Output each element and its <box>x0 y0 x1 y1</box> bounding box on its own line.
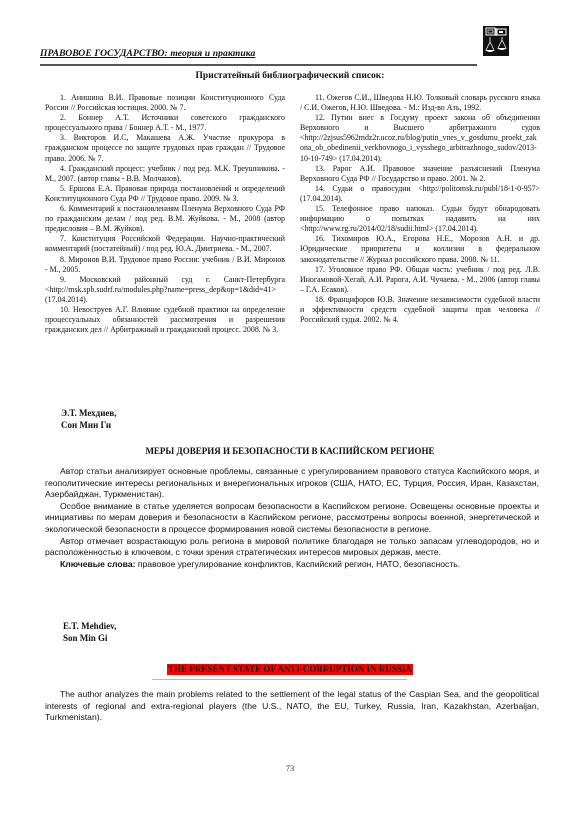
bibliography-entry: 18. Францифоров Ю.В. Значение независимо… <box>300 295 540 325</box>
keywords-text: правовое урегулирование конфликтов, Касп… <box>135 559 460 569</box>
abstract-paragraph: Особое внимание в статье уделяется вопро… <box>45 501 539 536</box>
author-name: Сон Мин Ги <box>61 420 117 432</box>
abstract-paragraph: Автор отмечает возрастающую роль региона… <box>45 536 539 559</box>
bibliography-left-column: 1. Анишина В.И. Правовые позиции Констит… <box>45 93 285 335</box>
bibliography-entry: 14. Судьи о правосудии <http://politomsk… <box>300 184 540 204</box>
bibliography-entry: 16. Тихомиров Ю.А., Егорова Н.Е., Морозо… <box>300 234 540 264</box>
bibliography-entry: 15. Телефонное право напоказ. Судьи буду… <box>300 204 540 234</box>
author-name: Son Min Gi <box>63 633 116 645</box>
bibliography-entry: 10. Невоструев А.Г. Влияние судебной пра… <box>45 305 285 335</box>
bibliography-entry: 7. Конституция Российской Федерации. Нау… <box>45 234 285 254</box>
bibliography-entry: 8. Миронов В.И. Трудовое право России: у… <box>45 255 285 275</box>
article-title-ru: МЕРЫ ДОВЕРИЯ И БЕЗОПАСНОСТИ В КАСПИЙСКОМ… <box>0 446 580 456</box>
abstract-en: The author analyzes the main problems re… <box>45 689 539 724</box>
bibliography-entry: 6. Комментарий к постановлениям Пленума … <box>45 204 285 234</box>
keywords-paragraph: Ключевые слова: правовое урегулирование … <box>45 559 539 571</box>
bibliography-entry: 3. Викторов И.С, Макашева А.Ж. Участие п… <box>45 133 285 163</box>
running-header: ПРАВОВОЕ ГОСУДАРСТВО: теория и практика <box>40 26 542 68</box>
bibliography-entry: 12. Путин внес в Госдуму проект закона о… <box>300 113 540 163</box>
bibliography-entry: 4. Гражданский процесс: учебник / под ре… <box>45 164 285 184</box>
bibliography-entry: 9. Московский районный суд г. Санкт-Пете… <box>45 275 285 305</box>
bibliography-entry: 2. Боннер А.Т. Источники советского граж… <box>45 113 285 133</box>
journal-title-sub: теория и практика <box>168 48 256 59</box>
bibliography-entry: 11. Ожегов С.И., Шведова Н.Ю. Толковый с… <box>300 93 540 113</box>
author-name: Э.Т. Мехдиев, <box>61 408 117 420</box>
bibliography-entry: 1. Анишина В.И. Правовые позиции Констит… <box>45 93 285 113</box>
keywords-label: Ключевые слова: <box>60 559 135 569</box>
bibliography-heading: Пристатейный библиографический список: <box>0 71 580 81</box>
article-title-en-container: THE PRESENT STATE OF ANTI-CORRUPTION IN … <box>0 659 580 677</box>
journal-title: ПРАВОВОЕ ГОСУДАРСТВО: теория и практика <box>40 48 255 59</box>
abstract-ru: Автор статьи анализирует основные пробле… <box>45 466 539 570</box>
author-name: E.T. Mehdiev, <box>63 621 116 633</box>
title-underline <box>152 679 407 680</box>
bibliography-entry: 5. Ершова Е.А. Правовая природа постанов… <box>45 184 285 204</box>
abstract-paragraph: Автор статьи анализирует основные пробле… <box>45 466 539 501</box>
bibliography-entry: 17. Уголовное право РФ. Общая часть: уче… <box>300 265 540 295</box>
authors-ru: Э.Т. Мехдиев, Сон Мин Ги <box>61 408 117 431</box>
journal-title-main: ПРАВОВОЕ ГОСУДАРСТВО: <box>40 48 168 59</box>
authors-en: E.T. Mehdiev, Son Min Gi <box>63 621 116 644</box>
page-number: 73 <box>0 763 580 773</box>
bibliography-entry: 13. Рарог А.И. Правовое значение разъясн… <box>300 164 540 184</box>
scales-of-justice-logo-icon <box>483 26 509 56</box>
bibliography-right-column: 11. Ожегов С.И., Шведова Н.Ю. Толковый с… <box>300 93 540 325</box>
article-title-en: THE PRESENT STATE OF ANTI-CORRUPTION IN … <box>167 664 413 675</box>
header-rule <box>40 64 477 66</box>
abstract-paragraph: The author analyzes the main problems re… <box>45 689 539 724</box>
